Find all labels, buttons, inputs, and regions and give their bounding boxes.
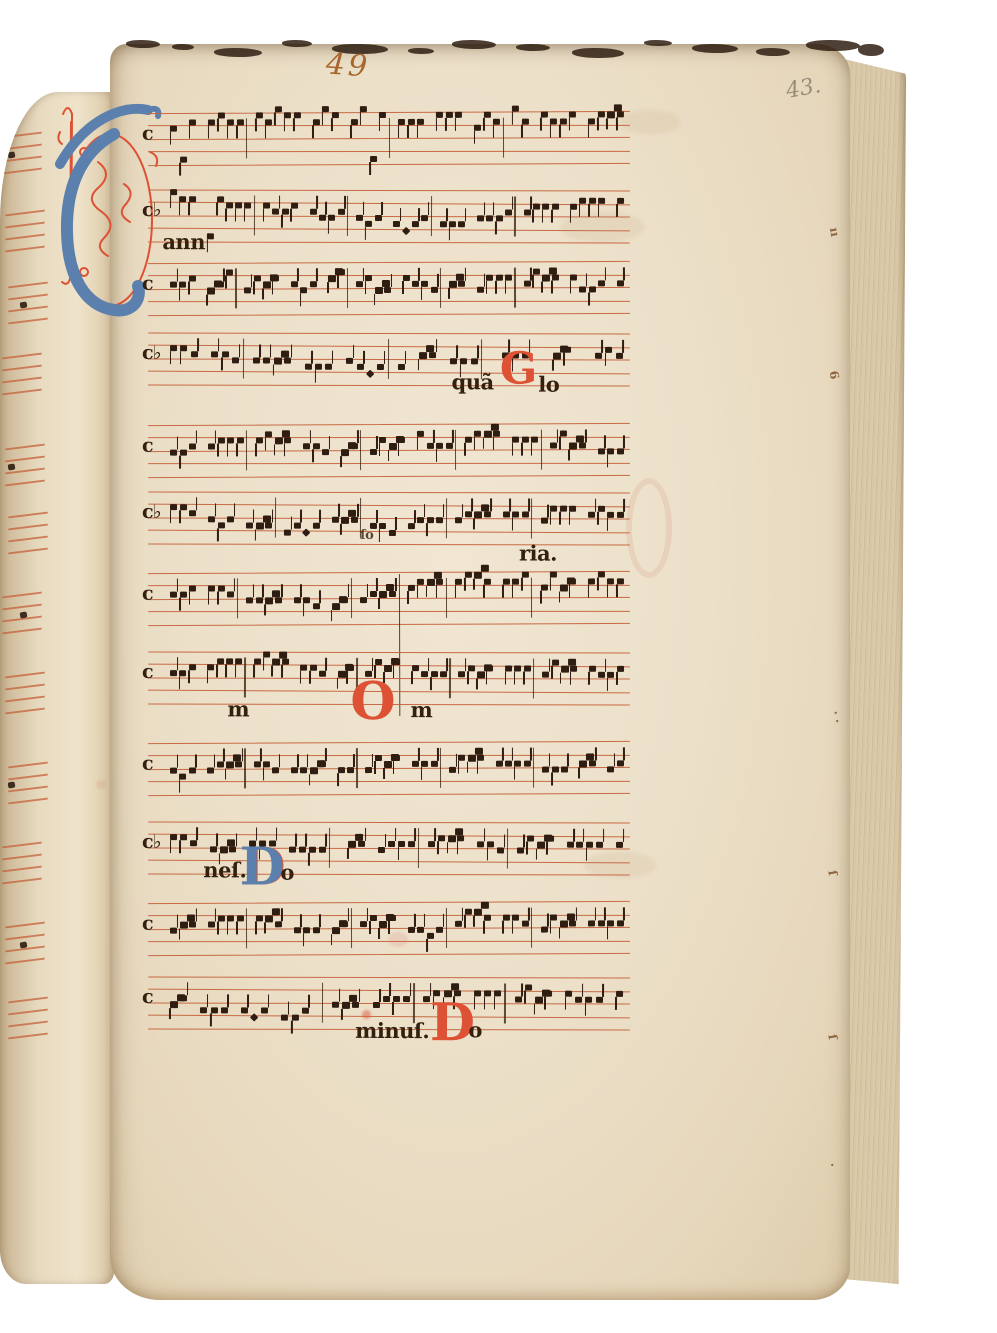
note [569, 442, 577, 449]
note [449, 767, 456, 773]
note [180, 156, 187, 162]
lyric-text: quã [452, 369, 494, 394]
note [384, 287, 391, 293]
note [348, 841, 356, 848]
note [408, 841, 415, 847]
note [210, 1008, 217, 1014]
note [438, 835, 445, 841]
staff-line [148, 755, 630, 757]
prev-page-staff-fragment [5, 234, 45, 241]
note [274, 597, 281, 603]
note [189, 510, 196, 516]
note [545, 990, 552, 996]
stave: c♭neſ.Do [148, 821, 630, 876]
division-bar [350, 578, 352, 618]
note [319, 671, 326, 677]
note [436, 578, 443, 584]
note [429, 352, 436, 358]
red-dot [362, 1010, 371, 1019]
prev-page-staff-fragment [5, 456, 45, 463]
note [189, 119, 196, 125]
note [170, 345, 177, 351]
note [417, 430, 424, 436]
note [542, 203, 549, 209]
note [471, 359, 478, 365]
prev-page-staff-fragment [2, 353, 42, 360]
note [417, 118, 424, 124]
note [217, 196, 224, 202]
note [375, 659, 382, 665]
note [607, 767, 614, 773]
note [293, 597, 300, 603]
note [474, 908, 482, 915]
prev-page-staff-fragment [5, 922, 45, 929]
top-edge-stain [172, 44, 194, 50]
note [170, 834, 177, 840]
note [360, 921, 367, 927]
note [179, 670, 186, 676]
note [398, 437, 405, 443]
note [521, 436, 528, 442]
note [379, 591, 387, 598]
note [293, 523, 300, 529]
note [379, 437, 386, 443]
note [436, 927, 443, 933]
note [369, 449, 376, 455]
note [370, 156, 377, 162]
staff-line [148, 611, 630, 613]
note [564, 346, 571, 352]
division-bar [514, 196, 516, 236]
note [419, 352, 427, 359]
prev-page-staff-fragment [8, 1009, 48, 1016]
prev-page-staff-fragment [5, 696, 45, 703]
division-bar [531, 578, 533, 618]
note [607, 920, 614, 926]
note [464, 908, 471, 914]
note [540, 584, 547, 590]
note [431, 287, 438, 293]
division-bar [502, 118, 504, 158]
note [607, 578, 614, 584]
note [303, 927, 310, 933]
note [450, 358, 457, 364]
note [440, 671, 447, 677]
note [455, 517, 462, 523]
note [170, 592, 177, 598]
note [235, 658, 242, 664]
note [596, 842, 603, 848]
note [512, 106, 519, 112]
note [607, 512, 614, 518]
note [303, 597, 310, 603]
note [274, 921, 281, 927]
note [550, 505, 557, 511]
note [170, 1001, 178, 1008]
note [565, 990, 572, 996]
division-bar [244, 748, 246, 788]
note [331, 113, 338, 119]
note [179, 774, 186, 780]
c-clef: c♭ [142, 501, 161, 523]
note [559, 584, 567, 591]
staff-line [148, 517, 630, 519]
note [426, 578, 434, 585]
note [547, 835, 554, 841]
note [421, 761, 428, 767]
note [284, 113, 291, 119]
note [502, 914, 509, 920]
note [265, 119, 272, 125]
note [365, 221, 372, 227]
note [226, 202, 233, 208]
staff-line [148, 463, 630, 465]
note [580, 197, 587, 203]
note [328, 275, 336, 282]
staff-line [148, 834, 630, 838]
note [505, 761, 512, 767]
show-through-ghost [626, 478, 672, 578]
note [487, 841, 494, 847]
note [616, 353, 623, 359]
note [589, 287, 596, 293]
note [496, 761, 503, 767]
prev-page-staff-fragment [2, 144, 42, 151]
staff-line [148, 651, 630, 653]
note [170, 450, 177, 456]
prev-page-staff-fragment [2, 365, 42, 372]
note [477, 755, 484, 761]
note [496, 216, 503, 222]
note [505, 274, 512, 280]
note [552, 767, 559, 773]
note [550, 118, 557, 124]
note [569, 920, 576, 926]
note [217, 437, 224, 443]
note [263, 761, 270, 767]
note [263, 652, 270, 658]
prev-page-staff-fragment [2, 842, 42, 849]
note [521, 921, 528, 927]
division-bar [274, 498, 276, 538]
note [170, 282, 177, 288]
note [216, 281, 223, 287]
note [586, 842, 593, 848]
note [412, 665, 419, 671]
note [407, 119, 414, 125]
note [421, 281, 428, 287]
division-bar [531, 908, 533, 948]
division-bar [388, 118, 390, 158]
note [576, 842, 583, 848]
note [388, 915, 395, 921]
staff-line [148, 228, 630, 232]
note [617, 760, 624, 766]
division-bar [418, 828, 420, 868]
note [365, 275, 372, 281]
note [255, 915, 262, 921]
note [540, 518, 547, 524]
note [293, 927, 300, 933]
note [255, 113, 262, 119]
note [377, 364, 384, 370]
prev-page-staff-fragment [5, 684, 45, 691]
pink-smudge [96, 780, 106, 789]
note [427, 933, 434, 939]
prev-page-staff-fragment [5, 708, 45, 715]
note [617, 197, 624, 203]
note [550, 443, 557, 449]
note [236, 915, 243, 921]
note [170, 928, 177, 934]
prev-page-staff-fragment [8, 1021, 48, 1028]
note [607, 449, 614, 455]
division-bar [455, 430, 457, 470]
top-edge-stain [214, 48, 262, 57]
lyric-initial: G [500, 347, 538, 391]
note [227, 591, 234, 597]
note [315, 364, 322, 370]
lyric-text: m [227, 696, 249, 721]
note [360, 106, 367, 112]
note [208, 921, 215, 927]
note [398, 364, 405, 370]
note [457, 835, 464, 841]
note [217, 523, 224, 529]
note [347, 665, 354, 671]
note [272, 275, 279, 281]
note [328, 215, 335, 221]
note [552, 274, 559, 280]
note [497, 848, 504, 854]
note [310, 209, 317, 215]
note [505, 209, 512, 215]
note [313, 604, 320, 610]
note [179, 450, 186, 456]
prev-page-staff-fragment [8, 318, 48, 325]
note [373, 1002, 380, 1008]
note [322, 449, 329, 455]
note [226, 658, 233, 664]
note [445, 112, 452, 118]
note [341, 517, 349, 524]
note [542, 672, 549, 678]
note [369, 915, 376, 921]
note [244, 288, 251, 294]
note [319, 847, 326, 853]
division-bar [533, 748, 535, 788]
note [332, 1002, 339, 1008]
division-bar [235, 268, 237, 308]
note [449, 222, 456, 228]
note [512, 578, 519, 584]
prev-page-staff-fragment [2, 377, 42, 384]
lyric-text: lo [538, 372, 559, 397]
prev-page-staff-fragment [8, 1033, 48, 1040]
note [319, 215, 326, 221]
staff-line [148, 301, 630, 303]
note [291, 281, 298, 287]
note [421, 671, 428, 677]
c-clef: c [142, 435, 153, 457]
note [474, 990, 481, 996]
note [179, 196, 186, 202]
note [331, 517, 338, 523]
top-edge-stain [756, 48, 790, 56]
division-bar [440, 268, 442, 308]
note [398, 841, 405, 847]
staff-line [148, 215, 630, 217]
note [347, 767, 354, 773]
division-bar [322, 983, 324, 1023]
note [379, 523, 386, 529]
note [428, 841, 435, 847]
note [484, 511, 491, 517]
note [567, 842, 574, 848]
top-edge-stain [858, 44, 884, 56]
note [170, 670, 177, 676]
staff-line [148, 332, 630, 334]
note [289, 847, 296, 853]
prev-page-staff-fragment [8, 524, 48, 531]
prev-page-staff-fragment [8, 512, 48, 519]
note [617, 512, 624, 518]
note [559, 921, 567, 928]
note [589, 666, 596, 672]
note [403, 996, 410, 1002]
note [217, 915, 224, 921]
note [217, 585, 224, 591]
note [598, 197, 605, 203]
note [537, 842, 545, 849]
note [261, 1008, 268, 1014]
top-edge-stain [516, 44, 550, 51]
note [350, 119, 357, 125]
pink-smudge [388, 932, 408, 947]
note [244, 202, 251, 208]
note [531, 436, 538, 442]
division-bar [388, 339, 390, 379]
note [284, 437, 291, 443]
note [393, 659, 400, 665]
note [468, 665, 475, 671]
prev-page-staff-fragment [2, 604, 42, 611]
note [401, 226, 410, 235]
note [253, 358, 260, 364]
note [310, 664, 317, 670]
note [388, 591, 395, 597]
note [421, 215, 428, 221]
note [431, 761, 438, 767]
note [494, 990, 501, 996]
note [616, 449, 623, 455]
note [305, 364, 312, 370]
note [458, 671, 465, 677]
prev-page-staff-fragment [8, 536, 48, 543]
note [464, 437, 471, 443]
note [383, 996, 390, 1002]
prev-page-staff-fragment [2, 168, 42, 175]
note [170, 190, 177, 196]
note [310, 767, 318, 774]
note [227, 437, 234, 443]
note [455, 112, 462, 118]
note [493, 118, 500, 124]
note [597, 449, 604, 455]
c-clef: c♭ [142, 199, 161, 221]
note [436, 517, 443, 523]
prev-page-staff-fragment [2, 878, 42, 885]
division-bar [350, 908, 352, 948]
note [265, 431, 272, 437]
note [561, 665, 569, 672]
note [417, 578, 424, 584]
note [474, 511, 482, 518]
note [263, 358, 270, 364]
note [474, 572, 482, 579]
note [190, 840, 197, 846]
prev-page-staff-fragment [2, 854, 42, 861]
note [522, 512, 529, 518]
note [284, 358, 291, 364]
stave: c♭quãGlo [148, 332, 630, 387]
note [436, 112, 443, 118]
note [189, 768, 196, 774]
prev-page-staff-fragment [5, 246, 45, 253]
note [302, 528, 311, 537]
stave: c♭ann [148, 189, 630, 244]
note [552, 203, 559, 209]
note [365, 767, 372, 773]
note [540, 112, 547, 118]
lyric-text: ſo [360, 528, 373, 543]
note [596, 997, 603, 1003]
prev-page-note-fragment [8, 463, 16, 470]
prev-page-staff-fragment [5, 934, 45, 941]
note [514, 761, 521, 767]
lyric-text: m [411, 697, 433, 722]
note [588, 512, 595, 518]
lyric-text: o [468, 1017, 482, 1042]
note [180, 504, 187, 510]
note [616, 578, 623, 584]
note [464, 572, 471, 578]
note [272, 767, 279, 773]
note [579, 287, 586, 293]
note [338, 209, 345, 215]
prev-page-staff-fragment [2, 628, 42, 635]
note [369, 591, 376, 597]
note [524, 210, 531, 216]
note [393, 996, 400, 1002]
division-bar [246, 430, 248, 470]
note [598, 672, 605, 678]
note [426, 443, 433, 449]
note [170, 768, 177, 774]
note [241, 1008, 248, 1014]
note [179, 282, 186, 288]
note [302, 1008, 309, 1014]
c-clef: c [142, 913, 153, 935]
note [216, 761, 223, 767]
note [559, 430, 566, 436]
note [366, 369, 375, 378]
note [217, 113, 224, 119]
note [533, 203, 540, 209]
note [208, 516, 215, 522]
prev-page-staff-fragment [8, 997, 48, 1004]
note [254, 658, 261, 664]
